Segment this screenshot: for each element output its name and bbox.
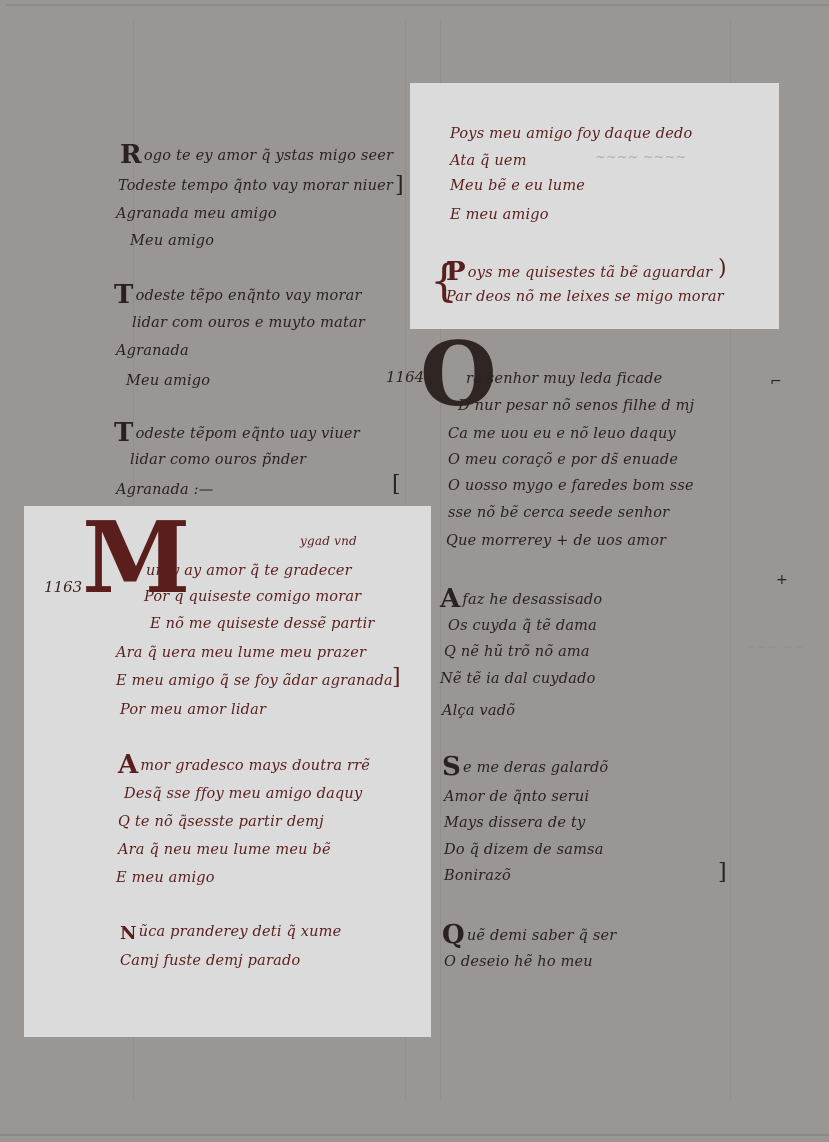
verse-line: Par deos nõ me leixes se migo morar <box>446 289 724 305</box>
verse-line: O uosso mygo e faredes bom sse <box>448 478 694 494</box>
verse-line: Meu amigo <box>126 373 210 389</box>
verse-line: Quẽ demi saber q̃ ser <box>442 922 616 948</box>
verse-line: Ara q̃ uera meu lume meu prazer <box>116 645 366 661</box>
verse-line: Meu amigo <box>130 233 214 249</box>
marginal-mark: ⌐ <box>770 374 782 390</box>
verse-line: Ara q̃ neu meu lume meu bẽ <box>118 842 331 858</box>
initial-letter: P <box>446 257 466 287</box>
bracket-mark: [ <box>392 472 401 497</box>
marginal-cross-mark: + <box>776 572 788 588</box>
bracket-mark: ] <box>392 665 401 690</box>
verse-line: Os cuyda q̃ tẽ dama <box>448 618 597 634</box>
initial-letter: S <box>442 752 461 782</box>
verse-line: Todeste tẽpo enq̃nto vay morar <box>114 282 362 308</box>
initial-letter: T <box>114 280 134 310</box>
verse-line: Agranada :— <box>116 482 213 498</box>
verse-line: O deseio hẽ ho meu <box>444 954 593 970</box>
verse-line: urcy ay amor q̃ te gradecer <box>146 563 352 579</box>
verse-line: D nur pesar nõ senos filhe d mj <box>458 398 694 414</box>
verse-line: Nẽ tẽ ia dal cuydado <box>440 671 596 687</box>
initial-letter: Q <box>442 920 465 950</box>
folio-number: 1164 <box>386 368 424 386</box>
verse-line: Bonirazõ <box>444 868 511 884</box>
verse-line: lidar com ouros e muyto matar <box>132 315 365 331</box>
verse-line: Poys me quisestes tã bẽ aguardar <box>446 259 712 285</box>
verse-line: E nõ me quiseste dessẽ partir <box>150 616 375 632</box>
page-bottom-edge <box>0 1134 829 1136</box>
verse-line: Do q̃ dizem de samsa <box>444 842 604 858</box>
verse-line: E meu amigo q̃ se foy ãdar agranada <box>116 673 393 689</box>
verse-line: Alça vadõ <box>442 703 515 719</box>
verse-line: Agranada <box>116 343 189 359</box>
verse-line: sse nõ bẽ cerca seede senhor <box>448 505 669 521</box>
marginal-note: ygad vnd <box>300 534 357 548</box>
verse-line: Poys meu amigo foy daque dedo <box>450 126 692 142</box>
verse-line: Amor de q̃nto serui <box>444 789 589 805</box>
verse-line: Meu bẽ e eu lume <box>450 178 585 194</box>
initial-letter: N <box>120 923 137 944</box>
verse-line: E meu amigo <box>116 870 215 886</box>
bracket-mark: ] <box>718 860 727 885</box>
folio-number: 1163 <box>44 578 82 596</box>
verse-line: Q nẽ hũ trõ nõ ama <box>444 644 590 660</box>
initial-letter: A <box>440 584 460 614</box>
verse-line: Amor gradesco mays doutra rrẽ <box>118 752 370 778</box>
verse-line: Todeste tẽpom eq̃nto uay viuer <box>114 420 360 446</box>
bracket-mark: ] <box>395 173 404 198</box>
verse-line: Que morrerey + de uos amor <box>446 533 666 549</box>
verse-line: O meu coraçõ e por ds̃ enuade <box>448 452 678 468</box>
initial-letter: T <box>114 418 134 448</box>
verse-line: Se me deras galardõ <box>442 754 608 780</box>
initial-letter: A <box>118 750 138 780</box>
verse-line: Desq̃ sse ffoy meu amigo daquy <box>124 786 362 802</box>
verse-line: Afaz he desassisado <box>440 586 602 612</box>
bleed-through-text: ~~~ ~~ <box>745 640 804 655</box>
verse-line: Camj fuste demj parado <box>120 953 300 969</box>
verse-line: Q te nõ q̃sesste partir demj <box>118 814 324 830</box>
bleed-through-text: ~~~~ ~~~~ <box>595 150 686 165</box>
verse-line: Rogo te ey amor q̃ ystas migo seer <box>120 142 393 168</box>
verse-line: Ca me uou eu e nõ leuo daquy <box>448 426 676 442</box>
verse-line: Ata q̃ uem <box>450 153 527 169</box>
page-top-edge <box>6 4 829 6</box>
bracket-mark: ) <box>718 256 727 281</box>
verse-line: ra senhor muy leda ficade <box>466 371 662 387</box>
verse-line: Mays dissera de ty <box>444 815 585 831</box>
verse-line: Por meu amor lidar <box>120 702 266 718</box>
verse-line: Agranada meu amigo <box>116 206 277 222</box>
verse-line: Por q̃ quiseste comigo morar <box>144 589 361 605</box>
verse-line: Nũca pranderey deti q̃ xume <box>120 924 341 943</box>
initial-letter: R <box>120 140 142 170</box>
verse-line: lidar como ouros p̃nder <box>130 452 306 468</box>
verse-line: Todeste tempo q̃nto vay morar niuer <box>118 178 393 194</box>
verse-line: E meu amigo <box>450 207 549 223</box>
